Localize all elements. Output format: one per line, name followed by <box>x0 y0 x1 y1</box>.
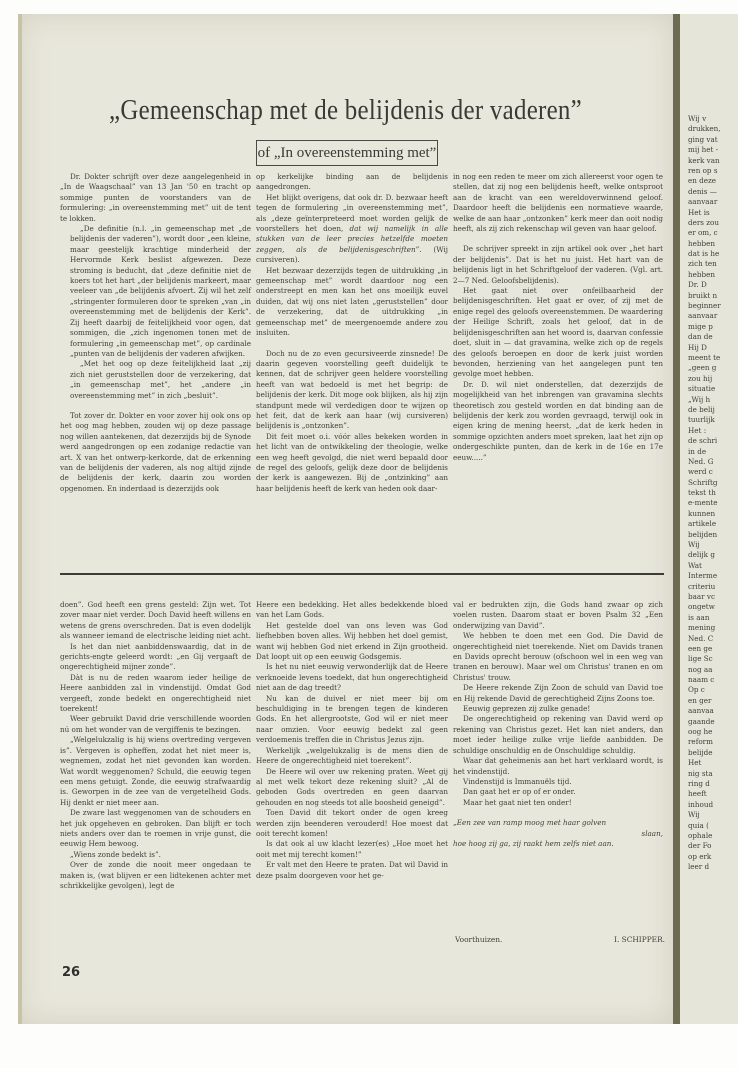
text-line: Dr. D <box>688 280 738 290</box>
text-line: ren op s <box>688 166 738 176</box>
paragraph: Werkelijk „welgelukzalig is de mens dien… <box>256 746 448 767</box>
text-line: en ger <box>688 696 738 706</box>
text-line: e-mente <box>688 498 738 508</box>
text-line: meent te <box>688 353 738 363</box>
text-line: inhoud <box>688 800 738 810</box>
text-line: tuurlijk <box>688 415 738 425</box>
text-line: beginner <box>688 301 738 311</box>
paragraph: Vindenstijd is Immanuëls tijd. <box>453 777 663 787</box>
text-line: is aan <box>688 613 738 623</box>
text-line: belijden <box>688 530 738 540</box>
paragraph: Het blijkt overigens, dat ook dr. D. bez… <box>256 193 448 266</box>
paragraph: Dàt is nu de reden waarom ieder heilige … <box>60 673 251 715</box>
text-line: aanvaar <box>688 197 738 207</box>
paragraph: Het bezwaar dezerzijds tegen de uitdrukk… <box>256 266 448 339</box>
next-page-fragment: Wij vdrukken,ging vatmij het -kerk vanre… <box>680 14 738 1024</box>
text-line: ders zou <box>688 218 738 228</box>
text-line: ging vat <box>688 135 738 145</box>
paragraph: Doch nu de zo even gecursiveerde zinsned… <box>256 349 448 432</box>
article-subtitle-box: of „In overeenstemming met” <box>256 140 438 166</box>
paragraph: We hebben te doen met een God. Die David… <box>453 631 663 683</box>
text-line: ongetw <box>688 602 738 612</box>
bottom-column-1: doen”. God heeft een grens gesteld: Zijn… <box>60 600 251 891</box>
text-line: oog he <box>688 727 738 737</box>
paragraph: Er valt met den Heere te praten. Dat wil… <box>256 860 448 881</box>
paragraph: in nog een reden te meer om zich alleree… <box>453 172 663 234</box>
text-line: aanvaa <box>688 706 738 716</box>
paragraph: Waar dat geheimenis aan het hart verklaa… <box>453 756 663 777</box>
paragraph: De Heere wil over uw rekening praten. We… <box>256 767 448 809</box>
text-line: mening <box>688 623 738 633</box>
text-line: lige Sc <box>688 654 738 664</box>
text-line: belijde <box>688 748 738 758</box>
text-line: een ge <box>688 644 738 654</box>
paragraph: Maar het gaat niet ten onder! <box>453 798 663 808</box>
top-column-3: in nog een reden te meer om zich alleree… <box>453 172 663 463</box>
paragraph: Dan gaat het er op of er onder. <box>453 787 663 797</box>
paragraph: Dit feit moet o.i. vóór alles bekeken wo… <box>256 432 448 494</box>
text-line: zou hij <box>688 374 738 384</box>
text-line: aanvaar <box>688 311 738 321</box>
text-line: denis — <box>688 187 738 197</box>
text-line: in de <box>688 447 738 457</box>
paragraph: De Heere rekende Zijn Zoon de schuld van… <box>453 683 663 704</box>
paragraph: De zware last weggenomen van de schouder… <box>60 808 251 850</box>
text-line: „geen g <box>688 363 738 373</box>
text-line: drukken, <box>688 124 738 134</box>
paragraph: Heere een bedekking. Het alles bedekkend… <box>256 600 448 621</box>
text-line: en deze <box>688 176 738 186</box>
section-divider <box>60 573 664 575</box>
text-line: delijk g <box>688 550 738 560</box>
top-column-1: Dr. Dokter schrijft over deze aangelegen… <box>60 172 251 494</box>
text-line: kunnen <box>688 509 738 519</box>
paragraph: val er bedrukten zijn, die Gods hand zwa… <box>453 600 663 631</box>
article-title: „Gemeenschap met de belijdenis der vader… <box>64 94 627 127</box>
text-line: heeft <box>688 789 738 799</box>
text-line: Interme <box>688 571 738 581</box>
paragraph: „Welgelukzalig is hij wiens overtreding … <box>60 735 251 808</box>
text-line: Ned. G <box>688 457 738 467</box>
text-line: Wij <box>688 540 738 550</box>
paragraph: De ongerechtigheid op rekening van David… <box>453 714 663 756</box>
text-line: Hij D <box>688 343 738 353</box>
text-line: werd c <box>688 467 738 477</box>
book-spine <box>673 14 680 1024</box>
paragraph: hoe hoog zij ga, zij raakt hem zelfs nie… <box>453 839 663 849</box>
paragraph: Is het dan niet aanbiddenswaardig, dat i… <box>60 642 251 673</box>
paragraph: doen”. God heeft een grens gesteld: Zijn… <box>60 600 251 642</box>
text-line: Het is <box>688 208 738 218</box>
text-line: nig sta <box>688 769 738 779</box>
bottom-column-3: val er bedrukten zijn, die Gods hand zwa… <box>453 600 663 849</box>
paragraph: „De definitie (n.l. „in gemeenschap met … <box>60 224 251 359</box>
bottom-column-2: Heere een bedekking. Het alles bedekkend… <box>256 600 448 881</box>
paragraph: op kerkelijke binding aan de belijdenis … <box>256 172 448 193</box>
text-line: hebben <box>688 239 738 249</box>
page-edge <box>18 14 22 1024</box>
text-line: mij het - <box>688 145 738 155</box>
text-line: criteriu <box>688 582 738 592</box>
text-line: Op c <box>688 685 738 695</box>
text-line: naam c <box>688 675 738 685</box>
text-line: artikele <box>688 519 738 529</box>
text-line: de schri <box>688 436 738 446</box>
text-line: leer d <box>688 862 738 872</box>
text-line: kerk van <box>688 156 738 166</box>
paragraph: „Een zee van ramp moog met haar golven <box>453 818 663 828</box>
paragraph: Dr. Dokter schrijft over deze aangelegen… <box>60 172 251 224</box>
text-line: Wij <box>688 810 738 820</box>
text-line: nog aa <box>688 665 738 675</box>
text-line: zich ten <box>688 259 738 269</box>
text-line: baar vc <box>688 592 738 602</box>
text-line: mige p <box>688 322 738 332</box>
text-line: bruikt n <box>688 291 738 301</box>
text-line: reform <box>688 737 738 747</box>
paragraph: Nu kan de duivel er niet meer bij om bes… <box>256 694 448 746</box>
text-line: Schriftg <box>688 478 738 488</box>
text-line: Ned. C <box>688 634 738 644</box>
text-line: situatie <box>688 384 738 394</box>
paragraph: Het gestelde doel van ons leven was God … <box>256 621 448 663</box>
next-page-text: Wij vdrukken,ging vatmij het -kerk vanre… <box>688 114 738 873</box>
text-line: ring d <box>688 779 738 789</box>
paragraph: Is dat ook al uw klacht lezer(es) „Hoe m… <box>256 839 448 860</box>
text-line: ophale <box>688 831 738 841</box>
paragraph: Het gaat niet over onfeilbaarheid der be… <box>453 286 663 380</box>
text-line: Het <box>688 758 738 768</box>
paragraph: Dr. D. wil niet onderstellen, dat dezerz… <box>453 380 663 463</box>
text-line: tekst th <box>688 488 738 498</box>
paragraph: Is het nu niet eeuwig verwonderlijk dat … <box>256 662 448 693</box>
text-line: „Wij h <box>688 395 738 405</box>
paragraph: Tot zover dr. Dokter en voor zover hij o… <box>60 411 251 494</box>
paragraph: Over de zonde die nooit meer ongedaan te… <box>60 860 251 891</box>
text-line: quia ( <box>688 821 738 831</box>
text-line: de belij <box>688 405 738 415</box>
page-number: 26 <box>62 965 80 980</box>
text-line: op erk <box>688 852 738 862</box>
paragraph: De schrijver spreekt in zijn artikel ook… <box>453 244 663 286</box>
signature-author: I. SCHIPPER. <box>614 935 665 944</box>
paragraph: „Met het oog op deze feitelijkheid laat … <box>60 359 251 401</box>
text-line: der Fo <box>688 841 738 851</box>
text-line: dat is he <box>688 249 738 259</box>
text-line: er om, c <box>688 228 738 238</box>
paragraph: „Wiens zonde bedekt is”. <box>60 850 251 860</box>
text-line: gaande <box>688 717 738 727</box>
top-column-2: op kerkelijke binding aan de belijdenis … <box>256 172 448 494</box>
paragraph: Eeuwig geprezen zij zulke genade! <box>453 704 663 714</box>
signature-place: Voorthuizen. <box>455 935 502 944</box>
text-line: Wij v <box>688 114 738 124</box>
paragraph: Weer gebruikt David drie verschillende w… <box>60 714 251 735</box>
text-line: Wat <box>688 561 738 571</box>
text-line: hebben <box>688 270 738 280</box>
paragraph: Toen David dit tekort onder de ogen kree… <box>256 808 448 839</box>
text-line: Het : <box>688 426 738 436</box>
signature: Voorthuizen. I. SCHIPPER. <box>455 935 665 944</box>
text-line: dan de <box>688 332 738 342</box>
paragraph: slaan, <box>453 829 663 839</box>
